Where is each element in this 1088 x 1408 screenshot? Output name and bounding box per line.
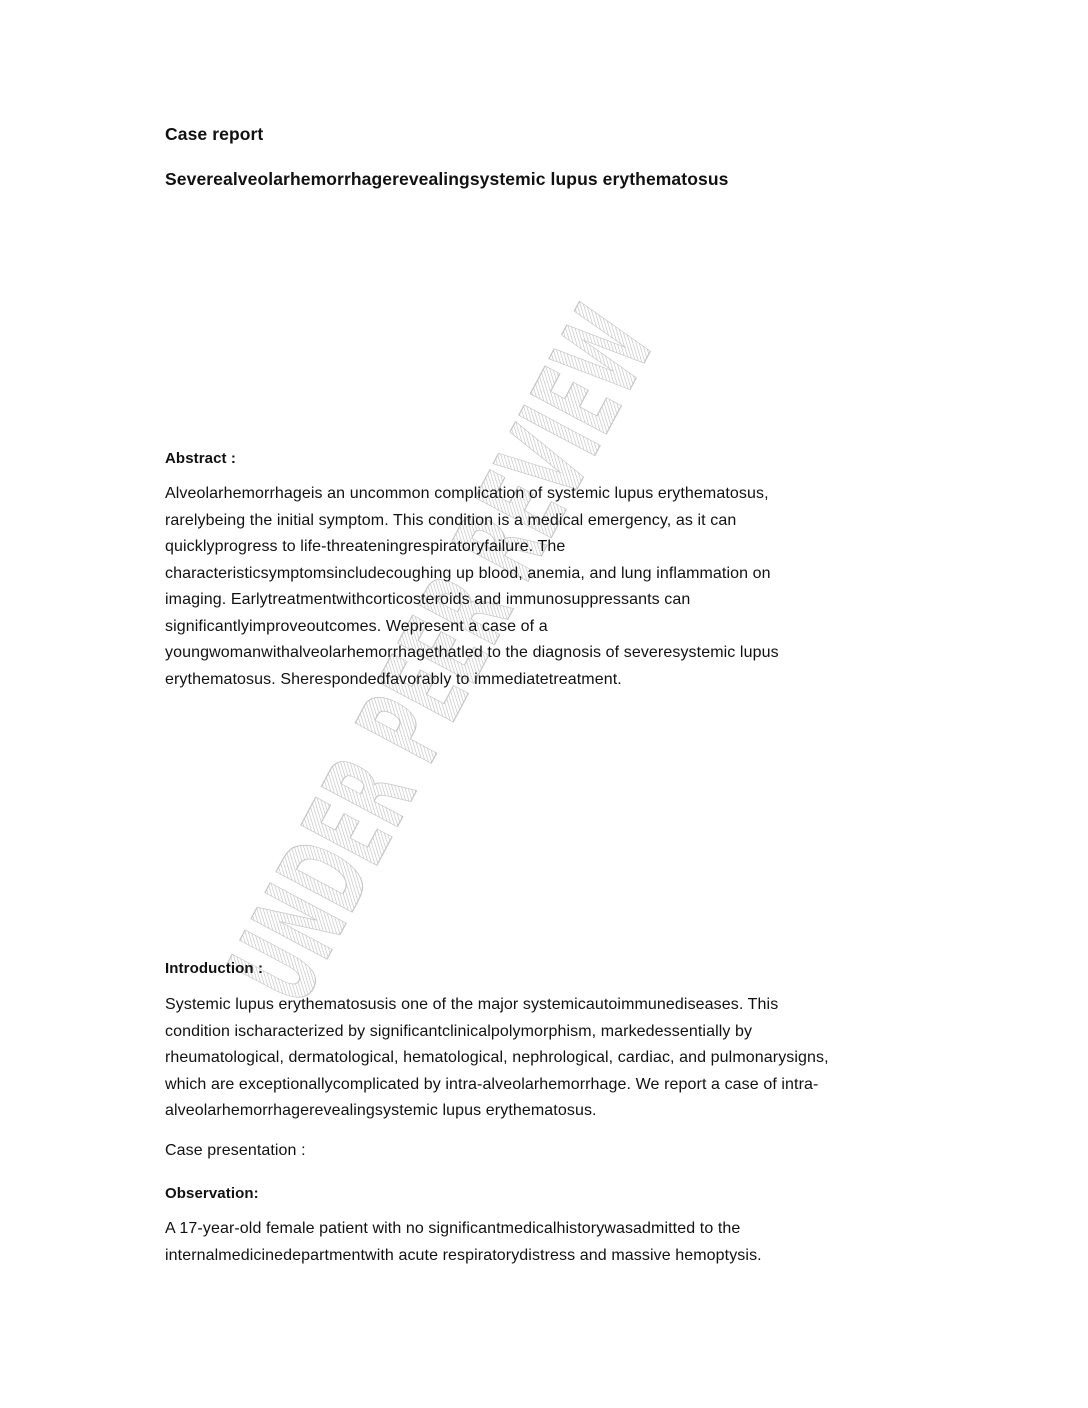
introduction-line: which are exceptionallycomplicated by in… (165, 1072, 829, 1099)
introduction-line: rheumatological, dermatological, hematol… (165, 1045, 829, 1072)
observation-line: A 17-year-old female patient with no sig… (165, 1216, 762, 1243)
document-page: UNDER PEER REVIEW Case report Severealve… (0, 0, 1088, 1408)
abstract-line: quicklyprogress to life-threateningrespi… (165, 534, 779, 561)
abstract-heading: Abstract : (165, 446, 236, 473)
abstract-line: rarelybeing the initial symptom. This co… (165, 508, 779, 535)
observation-paragraph: A 17-year-old female patient with no sig… (165, 1216, 762, 1269)
abstract-line: characteristicsymptomsincludecoughing up… (165, 561, 779, 588)
abstract-line: youngwomanwithalveolarhemorrhagethatled … (165, 640, 779, 667)
abstract-paragraph: Alveolarhemorrhageis an uncommon complic… (165, 481, 779, 693)
observation-line: internalmedicinedepartmentwith acute res… (165, 1243, 762, 1270)
paper-title: Severealveolarhemorrhagerevealingsystemi… (165, 166, 728, 193)
observation-heading: Observation: (165, 1181, 259, 1208)
abstract-line: Alveolarhemorrhageis an uncommon complic… (165, 481, 779, 508)
abstract-line: erythematosus. Sherespondedfavorably to … (165, 667, 779, 694)
introduction-heading: Introduction : (165, 956, 263, 983)
introduction-paragraph: Systemic lupus erythematosusis one of th… (165, 992, 829, 1125)
abstract-line: imaging. Earlytreatmentwithcorticosteroi… (165, 587, 779, 614)
document-heading: Case report (165, 121, 263, 148)
abstract-line: significantlyimproveoutcomes. Wepresent … (165, 614, 779, 641)
introduction-line: condition ischaracterized by significant… (165, 1019, 829, 1046)
introduction-line: Systemic lupus erythematosusis one of th… (165, 992, 829, 1019)
introduction-line: alveolarhemorrhagerevealingsystemic lupu… (165, 1098, 829, 1125)
under-peer-review-watermark: UNDER PEER REVIEW (0, 0, 1088, 1408)
case-presentation-label: Case presentation : (165, 1138, 306, 1165)
